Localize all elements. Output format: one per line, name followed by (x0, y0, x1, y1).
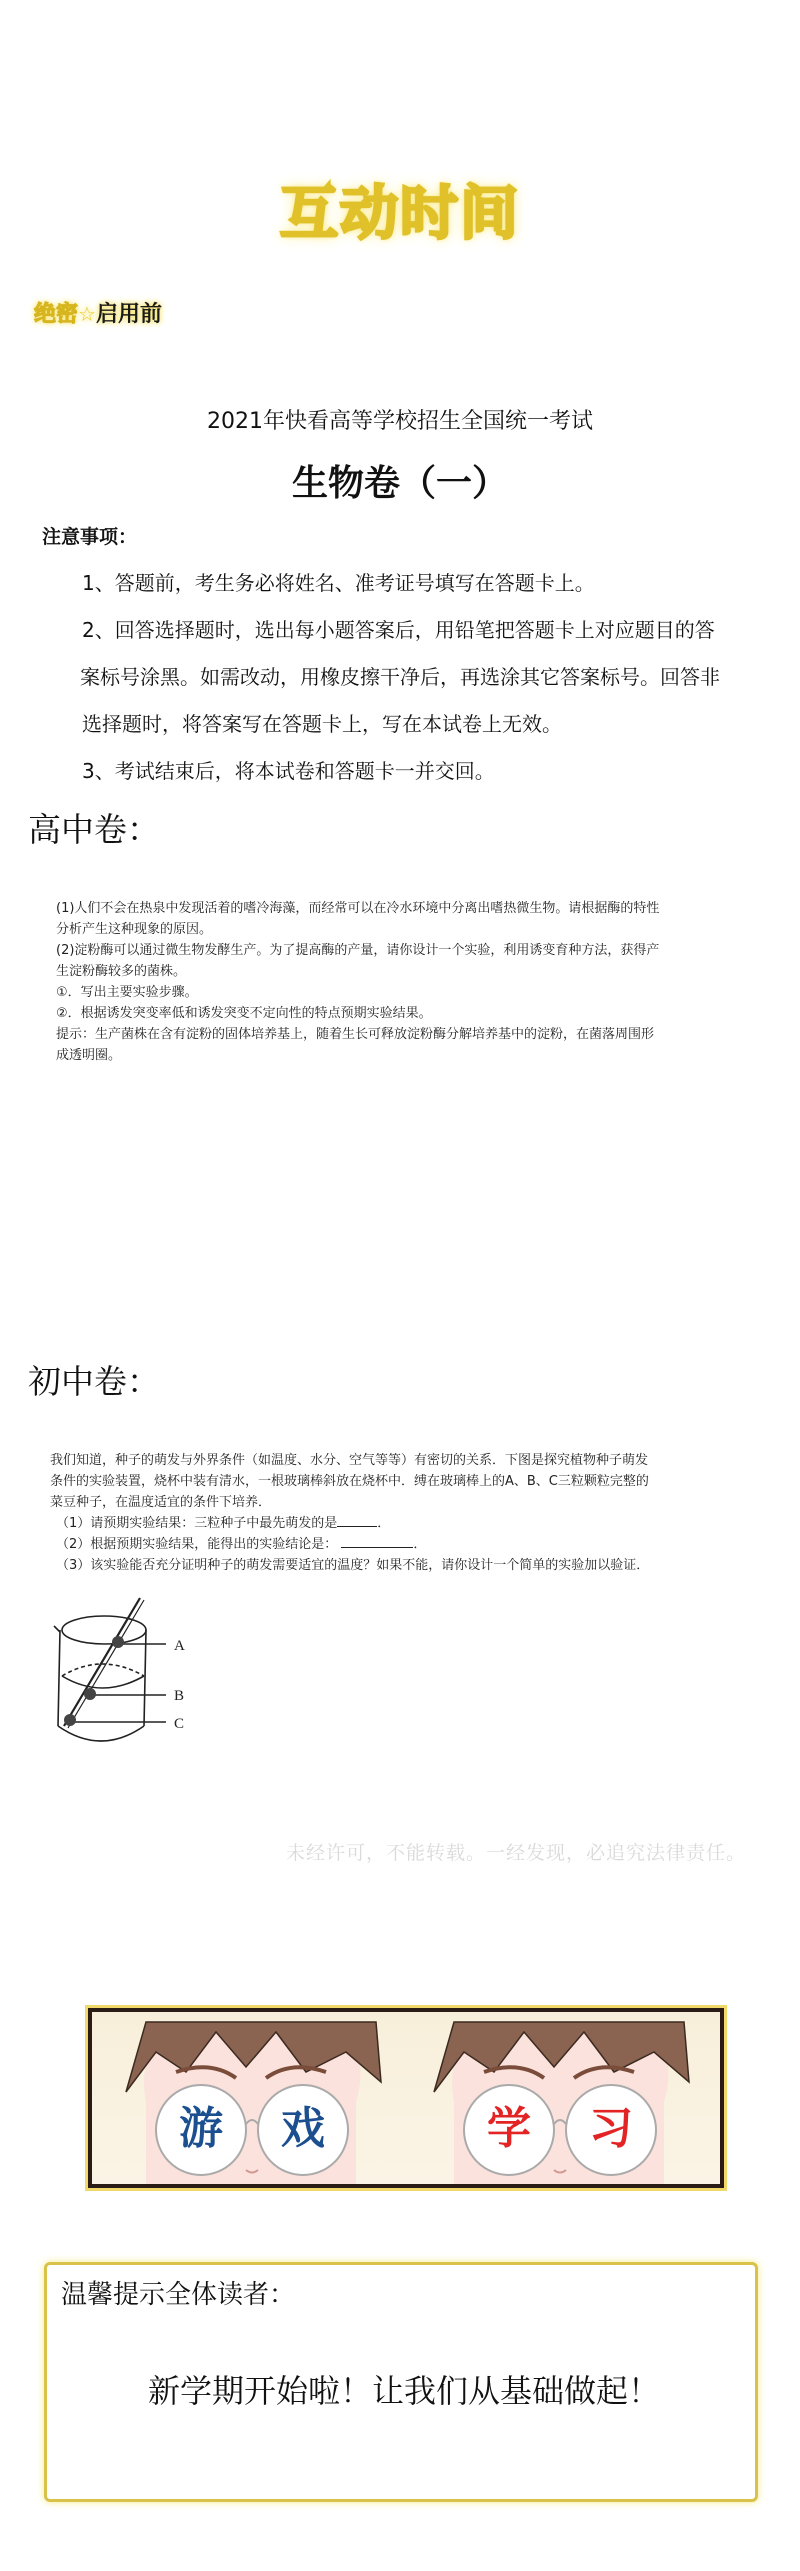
answer-blank-1 (337, 1513, 377, 1527)
copyright-watermark: 未经许可，不能转载。一经发现，必追究法律责任。 (286, 1840, 746, 1866)
reminder-heading: 温馨提示全体读者： (61, 2279, 295, 2311)
question-1-suffix: ． (377, 1516, 390, 1531)
label-b: B (174, 1688, 184, 1704)
middle-school-questions: 我们知道，种子的萌发与外界条件（如温度、水分、空气等等）有密切的关系．下图是探究… (50, 1450, 730, 1576)
high-school-questions: (1)人们不会在热泉中发现活着的嗜冷海藻，而经常可以在冷水环境中分离出嗜热微生物… (56, 898, 736, 1066)
question-line: 条件的实验装置，烧杯中装有清水，一根玻璃棒斜放在烧杯中．缚在玻璃棒上的A、B、C… (50, 1471, 730, 1492)
lens-text-you: 游 (166, 2104, 236, 2154)
comic-face-game: 游 戏 (106, 2012, 396, 2184)
label-c: C (174, 1716, 184, 1732)
high-school-heading: 高中卷： (28, 810, 160, 850)
question-2-text: （2）根据预期实验结果，能得出的实验结论是： (56, 1537, 337, 1552)
question-line: (1)人们不会在热泉中发现活着的嗜冷海藻，而经常可以在冷水环境中分离出嗜热微生物… (56, 898, 736, 919)
question-line: (2)淀粉酶可以通过微生物发酵生产。为了提高酶的产量，请你设计一个实验，利用诱变… (56, 940, 736, 961)
label-a: A (174, 1638, 185, 1654)
lens-text-xi2: 习 (576, 2104, 646, 2154)
beaker-diagram: A B C (40, 1596, 210, 1756)
secret-label-dark: 启用前 (96, 302, 162, 327)
star-icon: ☆ (78, 302, 96, 326)
note-line: 3、考试结束后，将本试卷和答题卡一并交回。 (82, 748, 762, 795)
note-line: 2、回答选择题时，选出每小题答案后，用铅笔把答题卡上对应题目的答 (82, 607, 762, 654)
beaker-illustration-icon: A B C (40, 1596, 210, 1756)
note-line: 选择题时，将答案写在答题卡上，写在本试卷上无效。 (82, 701, 762, 748)
question-line: 生淀粉酶较多的菌株。 (56, 961, 736, 982)
comic-face-study: 学 习 (414, 2012, 704, 2184)
question-line: 成透明圈。 (56, 1045, 736, 1066)
question-line: 提示：生产菌株在含有淀粉的固体培养基上，随着生长可释放淀粉酶分解培养基中的淀粉，… (56, 1024, 736, 1045)
middle-school-heading: 初中卷： (28, 1362, 160, 1402)
notes-heading: 注意事项： (42, 524, 137, 550)
question-1-text: （1）请预期实验结果：三粒种子中最先萌发的是 (56, 1516, 337, 1531)
question-line: 分析产生这种现象的原因。 (56, 919, 736, 940)
reminder-message: 新学期开始啦！让我们从基础做起！ (47, 2371, 761, 2411)
comic-panel: 游 戏 学 习 (88, 2008, 724, 2188)
banner-title: 互动时间 (0, 178, 800, 248)
secret-label-gold: 绝密 (34, 302, 78, 327)
question-line: ②．根据诱发突变率低和诱发突变不定向性的特点预期实验结果。 (56, 1003, 736, 1024)
question-2-suffix: ． (413, 1537, 426, 1552)
notes-list: 1、答题前，考生务必将姓名、准考证号填写在答题卡上。 2、回答选择题时，选出每小… (82, 560, 762, 795)
lens-text-xue: 学 (474, 2104, 544, 2154)
question-1: （1）请预期实验结果：三粒种子中最先萌发的是． (50, 1513, 730, 1534)
question-2: （2）根据预期实验结果，能得出的实验结论是： ． (50, 1534, 730, 1555)
note-line: 案标号涂黑。如需改动，用橡皮擦干净后，再选涂其它答案标号。回答非 (80, 654, 762, 701)
secret-label: 绝密☆启用前 (34, 300, 162, 329)
question-line: 菜豆种子，在温度适宜的条件下培养． (50, 1492, 730, 1513)
question-3: （3）该实验能否充分证明种子的萌发需要适宜的温度？如果不能，请你设计一个简单的实… (50, 1555, 730, 1576)
anime-face-icon (106, 2012, 396, 2184)
anime-face-icon (414, 2012, 704, 2184)
question-line: 我们知道，种子的萌发与外界条件（如温度、水分、空气等等）有密切的关系．下图是探究… (50, 1450, 730, 1471)
exam-subtitle: 生物卷（一） (0, 462, 800, 506)
note-line: 1、答题前，考生务必将姓名、准考证号填写在答题卡上。 (82, 560, 762, 607)
answer-blank-2 (341, 1534, 413, 1548)
lens-text-xi: 戏 (268, 2104, 338, 2154)
exam-title: 2021年快看高等学校招生全国统一考试 (0, 408, 800, 436)
question-line: ①．写出主要实验步骤。 (56, 982, 736, 1003)
reminder-box: 温馨提示全体读者： 新学期开始啦！让我们从基础做起！ (44, 2262, 758, 2502)
